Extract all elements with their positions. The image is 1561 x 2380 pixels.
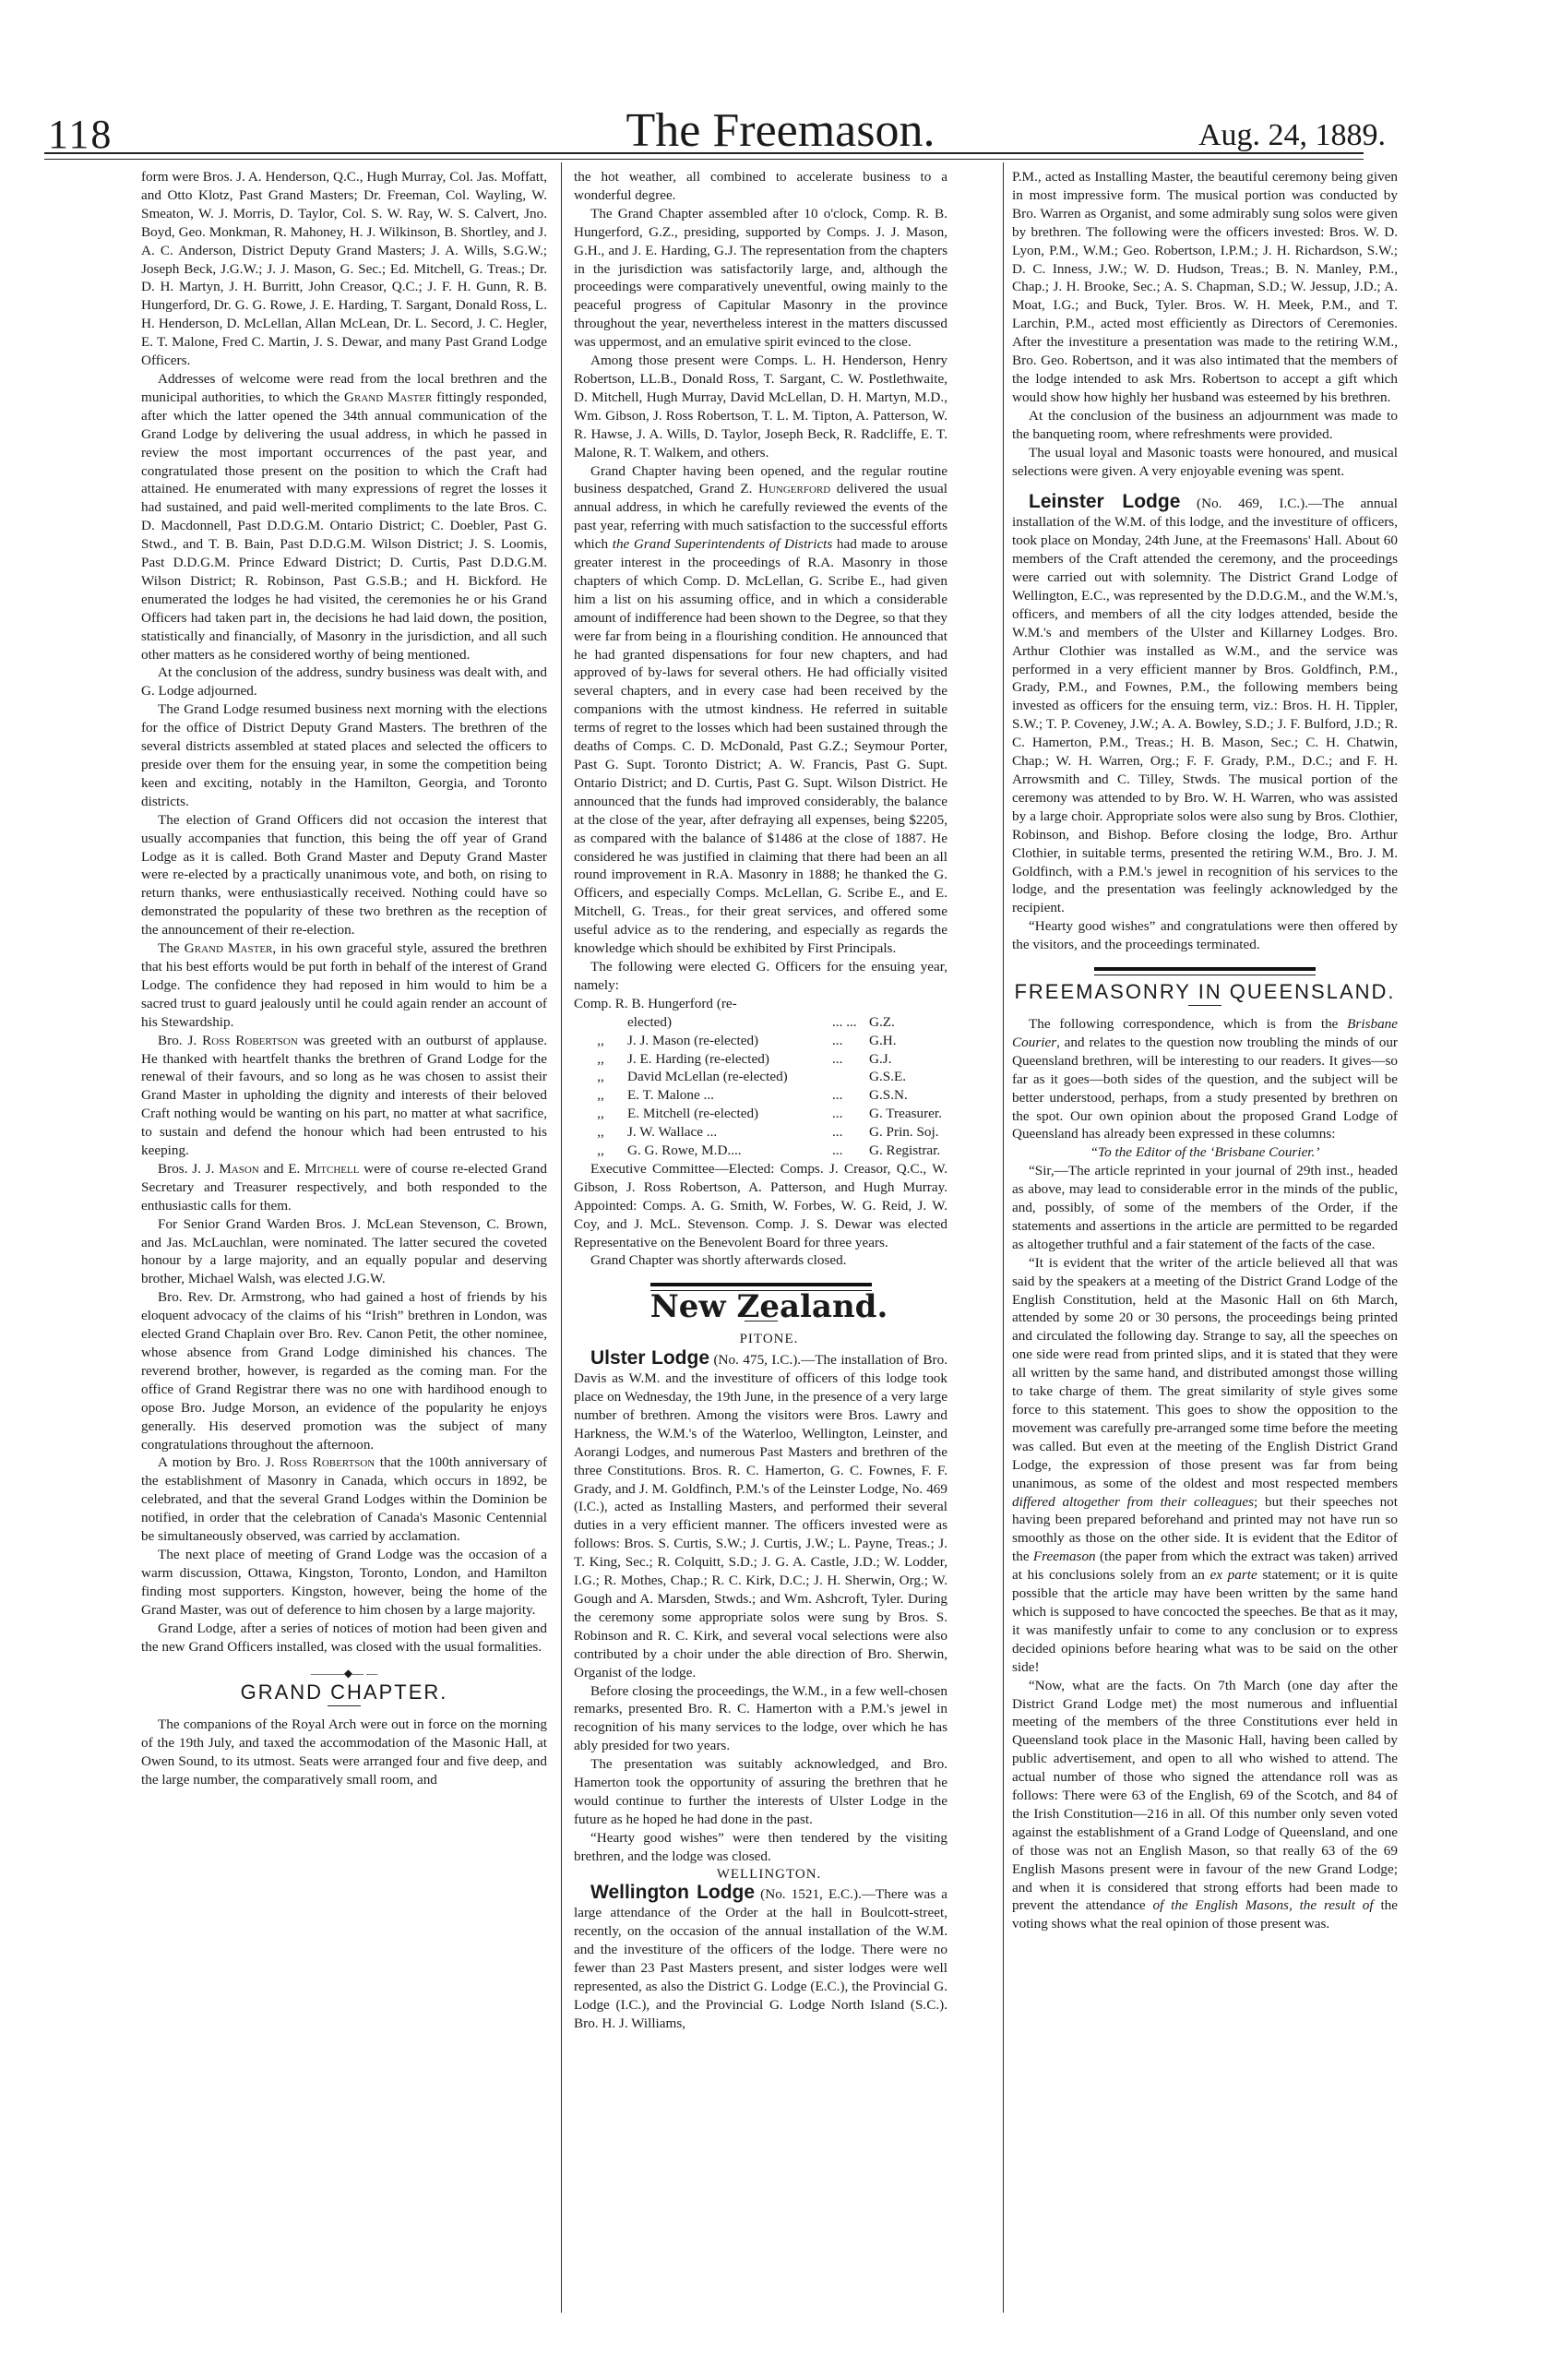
section-heading-queensland: FREEMASONRY IN QUEENSLAND. bbox=[1012, 983, 1398, 1001]
officer-name: elected) bbox=[627, 1013, 832, 1032]
officer-office: G.H. bbox=[869, 1032, 947, 1050]
officers-lead: Comp. R. B. Hungerford (re- bbox=[574, 995, 947, 1013]
officer-dots: ... ... bbox=[832, 1013, 869, 1032]
paragraph: Bros. J. J. Mason and E. Mitchell were o… bbox=[141, 1160, 547, 1215]
officer-row: ,,E. T. Malone ......G.S.N. bbox=[574, 1086, 947, 1105]
officers-table: elected)... ...G.Z.,,J. J. Mason (re-ele… bbox=[574, 1013, 947, 1160]
lodge-name: Ulster Lodge bbox=[590, 1347, 709, 1369]
paragraph: The companions of the Royal Arch were ou… bbox=[141, 1716, 547, 1789]
short-rule bbox=[328, 1705, 361, 1706]
subheading-wellington: WELLINGTON. bbox=[574, 1866, 947, 1884]
officer-name: J. E. Harding (re-elected) bbox=[627, 1050, 832, 1069]
officer-ditto: ,, bbox=[574, 1086, 627, 1105]
column-2: the hot weather, all combined to acceler… bbox=[574, 168, 947, 2033]
officer-office: G.Z. bbox=[869, 1013, 947, 1032]
officer-name: J. W. Wallace ... bbox=[627, 1123, 832, 1142]
officer-row: ,,J. W. Wallace ......G. Prin. Soj. bbox=[574, 1123, 947, 1142]
subheading-pitone: PITONE. bbox=[574, 1331, 947, 1349]
paragraph: Grand Chapter was shortly afterwards clo… bbox=[574, 1251, 947, 1270]
column-1: form were Bros. J. A. Henderson, Q.C., H… bbox=[141, 168, 547, 1789]
officer-row: ,,E. Mitchell (re-elected)...G. Treasure… bbox=[574, 1105, 947, 1123]
short-rule bbox=[1188, 1005, 1221, 1006]
paragraph: The Grand Chapter assembled after 10 o'c… bbox=[574, 205, 947, 352]
masthead-rule-thin bbox=[44, 159, 1364, 160]
officer-dots: ... bbox=[832, 1123, 869, 1142]
paragraph: Leinster Lodge (No. 469, I.C.).—The annu… bbox=[1012, 493, 1398, 917]
masthead-rule bbox=[44, 152, 1364, 154]
officer-office: G. Prin. Soj. bbox=[869, 1123, 947, 1142]
paragraph: Bro. J. Ross Robertson was greeted with … bbox=[141, 1032, 547, 1160]
paragraph: The next place of meeting of Grand Lodge… bbox=[141, 1546, 547, 1620]
paragraph: The following correspondence, which is f… bbox=[1012, 1015, 1398, 1143]
paragraph: The election of Grand Officers did not o… bbox=[141, 811, 547, 939]
lodge-name: Wellington Lodge bbox=[590, 1882, 755, 1903]
paragraph: “Hearty good wishes” and congratulations… bbox=[1012, 917, 1398, 954]
paragraph: The usual loyal and Masonic toasts were … bbox=[1012, 444, 1398, 481]
officer-office: G. Registrar. bbox=[869, 1142, 947, 1160]
officer-name: E. T. Malone ... bbox=[627, 1086, 832, 1105]
officer-name: G. G. Rowe, M.D.... bbox=[627, 1142, 832, 1160]
paragraph: Before closing the proceedings, the W.M.… bbox=[574, 1682, 947, 1756]
paragraph: Addresses of welcome were read from the … bbox=[141, 370, 547, 664]
officer-dots: ... bbox=[832, 1032, 869, 1050]
officer-row: ,,J. J. Mason (re-elected)...G.H. bbox=[574, 1032, 947, 1050]
officer-ditto bbox=[574, 1013, 627, 1032]
column-3: P.M., acted as Installing Master, the be… bbox=[1012, 168, 1398, 1933]
paragraph: Grand Lodge, after a series of notices o… bbox=[141, 1620, 547, 1656]
officer-name: E. Mitchell (re-elected) bbox=[627, 1105, 832, 1123]
paragraph: “Hearty good wishes” were then tendered … bbox=[574, 1829, 947, 1866]
section-rule bbox=[1094, 967, 1316, 971]
officer-ditto: ,, bbox=[574, 1050, 627, 1069]
officer-row: elected)... ...G.Z. bbox=[574, 1013, 947, 1032]
paragraph: “It is evident that the writer of the ar… bbox=[1012, 1254, 1398, 1677]
officer-row: ,,David McLellan (re-elected)G.S.E. bbox=[574, 1068, 947, 1086]
officer-row: ,,G. G. Rowe, M.D.......G. Registrar. bbox=[574, 1142, 947, 1160]
paragraph: Wellington Lodge (No. 1521, E.C.).—There… bbox=[574, 1884, 947, 2032]
section-rule-thin bbox=[1094, 975, 1316, 975]
officer-dots: ... bbox=[832, 1105, 869, 1123]
paragraph: Among those present were Comps. L. H. He… bbox=[574, 352, 947, 461]
paragraph: At the conclusion of the address, sundry… bbox=[141, 664, 547, 700]
officer-office: G.S.N. bbox=[869, 1086, 947, 1105]
paragraph: the hot weather, all combined to acceler… bbox=[574, 168, 947, 205]
section-rule bbox=[650, 1283, 872, 1286]
paragraph: “Now, what are the facts. On 7th March (… bbox=[1012, 1677, 1398, 1934]
officer-name: David McLellan (re-elected) bbox=[627, 1068, 832, 1086]
paragraph: Executive Committee—Elected: Comps. J. C… bbox=[574, 1160, 947, 1252]
officer-dots: ... bbox=[832, 1050, 869, 1069]
officer-dots: ... bbox=[832, 1086, 869, 1105]
officer-office: G.J. bbox=[869, 1050, 947, 1069]
section-heading-grand-chapter: GRAND CHAPTER. bbox=[141, 1683, 547, 1702]
letter-salutation: “To the Editor of the ‘Brisbane Courier.… bbox=[1012, 1143, 1398, 1162]
column-divider bbox=[561, 162, 562, 2313]
officer-ditto: ,, bbox=[574, 1123, 627, 1142]
paragraph: The Grand Lodge resumed business next mo… bbox=[141, 700, 547, 810]
paragraph: Bro. Rev. Dr. Armstrong, who had gained … bbox=[141, 1288, 547, 1453]
officer-ditto: ,, bbox=[574, 1142, 627, 1160]
issue-date: Aug. 24, 1889. bbox=[1198, 118, 1386, 153]
officer-row: ,,J. E. Harding (re-elected)...G.J. bbox=[574, 1050, 947, 1069]
paragraph: P.M., acted as Installing Master, the be… bbox=[1012, 168, 1398, 407]
officer-office: G. Treasurer. bbox=[869, 1105, 947, 1123]
officer-ditto: ,, bbox=[574, 1032, 627, 1050]
lodge-name: Leinster Lodge bbox=[1029, 491, 1180, 512]
officer-dots bbox=[832, 1068, 869, 1086]
paragraph: At the conclusion of the business an adj… bbox=[1012, 407, 1398, 444]
officer-office: G.S.E. bbox=[869, 1068, 947, 1086]
paragraph: form were Bros. J. A. Henderson, Q.C., H… bbox=[141, 168, 547, 370]
masthead: 118 The Freemason. Aug. 24, 1889. bbox=[0, 0, 1561, 157]
section-heading-new-zealand: New Zealand. bbox=[574, 1298, 947, 1317]
officer-ditto: ,, bbox=[574, 1105, 627, 1123]
paragraph: “Sir,—The article reprinted in your jour… bbox=[1012, 1162, 1398, 1254]
paragraph: The Grand Master, in his own graceful st… bbox=[141, 939, 547, 1032]
paragraph: Grand Chapter having been opened, and th… bbox=[574, 462, 947, 958]
paragraph: For Senior Grand Warden Bros. J. McLean … bbox=[141, 1215, 547, 1289]
paragraph: The following were elected G. Officers f… bbox=[574, 958, 947, 995]
column-divider bbox=[1003, 162, 1004, 2313]
officer-name: J. J. Mason (re-elected) bbox=[627, 1032, 832, 1050]
paragraph: The presentation was suitably acknowledg… bbox=[574, 1755, 947, 1829]
paragraph: Ulster Lodge (No. 475, I.C.).—The instal… bbox=[574, 1349, 947, 1681]
officer-ditto: ,, bbox=[574, 1068, 627, 1086]
paragraph: A motion by Bro. J. Ross Robertson that … bbox=[141, 1453, 547, 1546]
officer-dots: ... bbox=[832, 1142, 869, 1160]
